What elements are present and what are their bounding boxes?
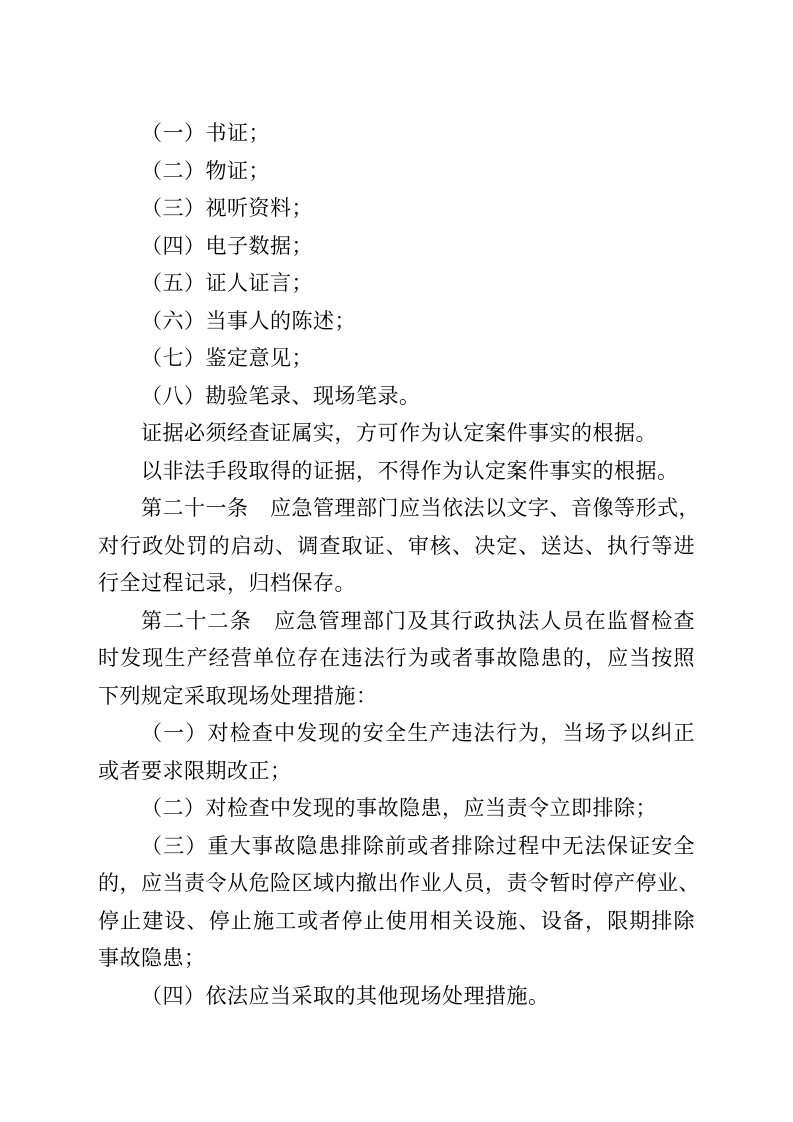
text-line-article-22-l3: 下列规定采取现场处理措施： [98,678,695,716]
document-page: （一）书证； （二）物证； （三）视听资料； （四）电子数据； （五）证人证言；… [0,0,793,1122]
text-line-measure-3-l3: 停止建设、停止施工或者停止使用相关设施、设备，限期排除 [98,903,695,941]
text-line-article-22-l2: 时发现生产经营单位存在违法行为或者事故隐患的，应当按照 [98,640,695,678]
text-line-evidence-item-6: （六）当事人的陈述； [98,303,695,341]
document-body: （一）书证； （二）物证； （三）视听资料； （四）电子数据； （五）证人证言；… [98,115,695,1015]
text-line-measure-3-l2: 的，应当责令从危险区域内撤出作业人员，责令暂时停产停业、 [98,865,695,903]
text-line-evidence-item-1: （一）书证； [98,115,695,153]
text-line-measure-1-l2: 或者要求限期改正； [98,753,695,791]
text-line-evidence-rule-2: 以非法手段取得的证据，不得作为认定案件事实的根据。 [98,453,695,491]
text-line-article-21-l3: 行全过程记录，归档保存。 [98,565,695,603]
text-line-evidence-item-2: （二）物证； [98,153,695,191]
text-line-article-22-l1: 第二十二条 应急管理部门及其行政执法人员在监督检查 [98,603,695,641]
text-line-evidence-item-3: （三）视听资料； [98,190,695,228]
text-line-measure-3-l4: 事故隐患； [98,940,695,978]
text-line-evidence-item-8: （八）勘验笔录、现场笔录。 [98,378,695,416]
text-line-measure-3-l1: （三）重大事故隐患排除前或者排除过程中无法保证安全 [98,828,695,866]
text-line-measure-1-l1: （一）对检查中发现的安全生产违法行为，当场予以纠正 [98,715,695,753]
text-line-article-21-l2: 对行政处罚的启动、调查取证、审核、决定、送达、执行等进 [98,528,695,566]
text-line-evidence-item-7: （七）鉴定意见； [98,340,695,378]
text-line-measure-4: （四）依法应当采取的其他现场处理措施。 [98,978,695,1016]
text-line-article-21-l1: 第二十一条 应急管理部门应当依法以文字、音像等形式， [98,490,695,528]
text-line-measure-2: （二）对检查中发现的事故隐患，应当责令立即排除； [98,790,695,828]
text-line-evidence-item-4: （四）电子数据； [98,228,695,266]
text-line-evidence-item-5: （五）证人证言； [98,265,695,303]
text-line-evidence-rule-1: 证据必须经查证属实，方可作为认定案件事实的根据。 [98,415,695,453]
